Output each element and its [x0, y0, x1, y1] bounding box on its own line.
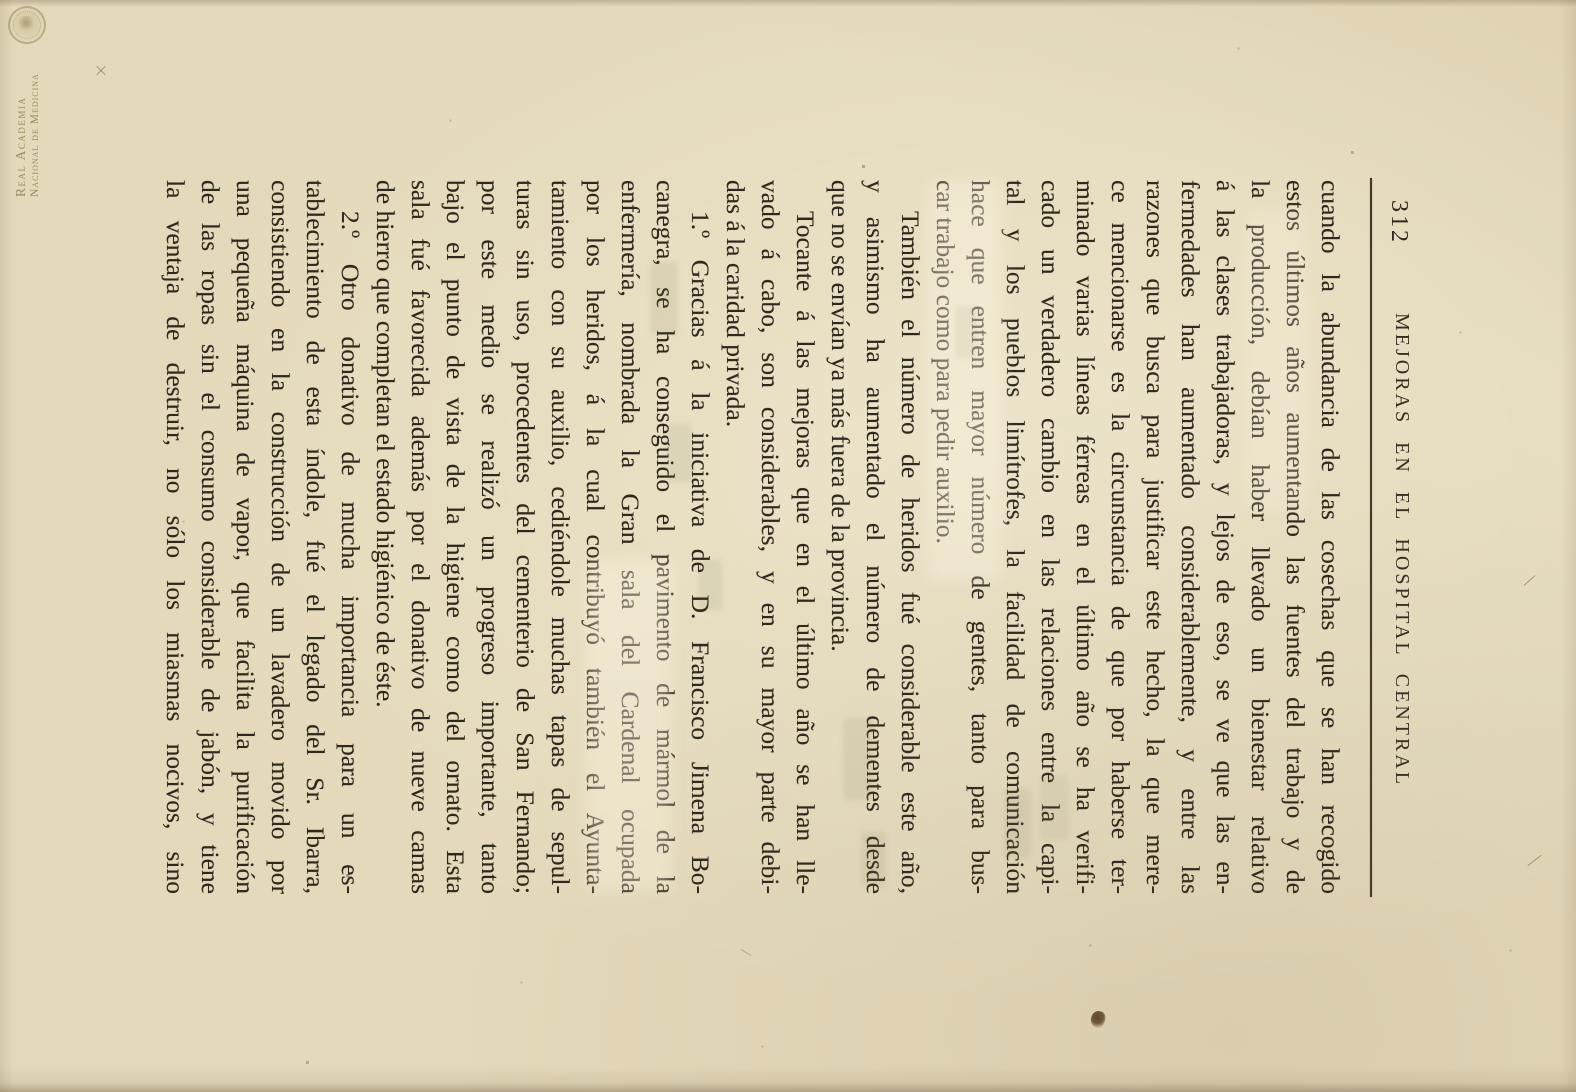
- text-line: sala fué favorecida además por el donati…: [403, 180, 438, 894]
- text-line: Tocante á las mejoras que en el último a…: [788, 180, 823, 894]
- text-line: bajo el punto de vista de la higiene com…: [438, 180, 473, 894]
- book-page-rotated: 312 MEJORAS EN EL HOSPITAL CENTRAL cuand…: [0, 0, 1576, 1092]
- text-line: de hierro que completan el estado higién…: [368, 180, 403, 894]
- text-line: de las ropas sin el consumo considerable…: [193, 180, 228, 894]
- text-line: das á la caridad privada.: [718, 180, 753, 894]
- text-line: la producción, debían haber llevado un b…: [1243, 180, 1278, 894]
- text-line: por este medio se realizó un progreso im…: [473, 180, 508, 894]
- scanned-book-page: 312 MEJORAS EN EL HOSPITAL CENTRAL cuand…: [0, 0, 1576, 1092]
- body-text-block: cuando la abundancia de las cosechas que…: [158, 180, 1348, 894]
- running-head: 312 MEJORAS EN EL HOSPITAL CENTRAL: [1384, 180, 1420, 895]
- text-line: y asimismo ha aumentado el número de dem…: [858, 180, 893, 894]
- text-line: hace que entren mayor número de gentes, …: [963, 180, 998, 894]
- text-line: turas sin uso, procedentes del cementeri…: [508, 180, 543, 894]
- text-line: tablecimiento de esta índole, fué el leg…: [298, 180, 333, 894]
- text-line: una pequeña máquina de vapor, que facili…: [228, 180, 263, 894]
- text-line: minado varias líneas férreas en el últim…: [1068, 180, 1103, 894]
- text-line: consistiendo en la construcción de un la…: [263, 180, 298, 894]
- text-line: estos últimos años aumentando las fuente…: [1278, 180, 1313, 894]
- text-line: á las clases trabajadoras, y lejos de es…: [1208, 180, 1243, 894]
- text-line: ce mencionarse es la circunstancia de qu…: [1103, 180, 1138, 894]
- text-line: que no se envían ya más fuera de la prov…: [823, 180, 858, 894]
- text-line: vado á cabo, son considerables, y en su …: [753, 180, 788, 894]
- text-line: razones que busca para justificar este h…: [1138, 180, 1173, 894]
- text-line: También el número de heridos fué conside…: [893, 180, 928, 894]
- text-line: car trabajo como para pedir auxilio.: [928, 180, 963, 894]
- text-line: por los heridos, á la cual contribuyó ta…: [578, 180, 613, 894]
- text-line: 2.º Otro donativo de mucha importancia p…: [333, 180, 368, 894]
- text-line: canegra, se ha conseguido el pavimento d…: [648, 180, 683, 894]
- text-line: cado un verdadero cambio en las relacion…: [1033, 180, 1068, 894]
- running-title: MEJORAS EN EL HOSPITAL CENTRAL: [1390, 313, 1413, 787]
- text-line: tal y los pueblos limítrofes, la facilid…: [998, 180, 1033, 894]
- text-line: tamiento con su auxilio, cediéndole much…: [543, 180, 578, 894]
- text-line: fermedades han aumentado considerablemen…: [1173, 180, 1208, 894]
- page-number: 312: [1385, 200, 1412, 245]
- text-line: 1.º Gracias á la iniciativa de D. Franci…: [683, 180, 718, 894]
- text-line: enfermería, nombrada la Gran sala del Ca…: [613, 180, 648, 894]
- header-rule: [1370, 178, 1372, 897]
- text-line: la ventaja de destruir, no sólo los mias…: [158, 180, 193, 894]
- text-line: cuando la abundancia de las cosechas que…: [1313, 180, 1348, 894]
